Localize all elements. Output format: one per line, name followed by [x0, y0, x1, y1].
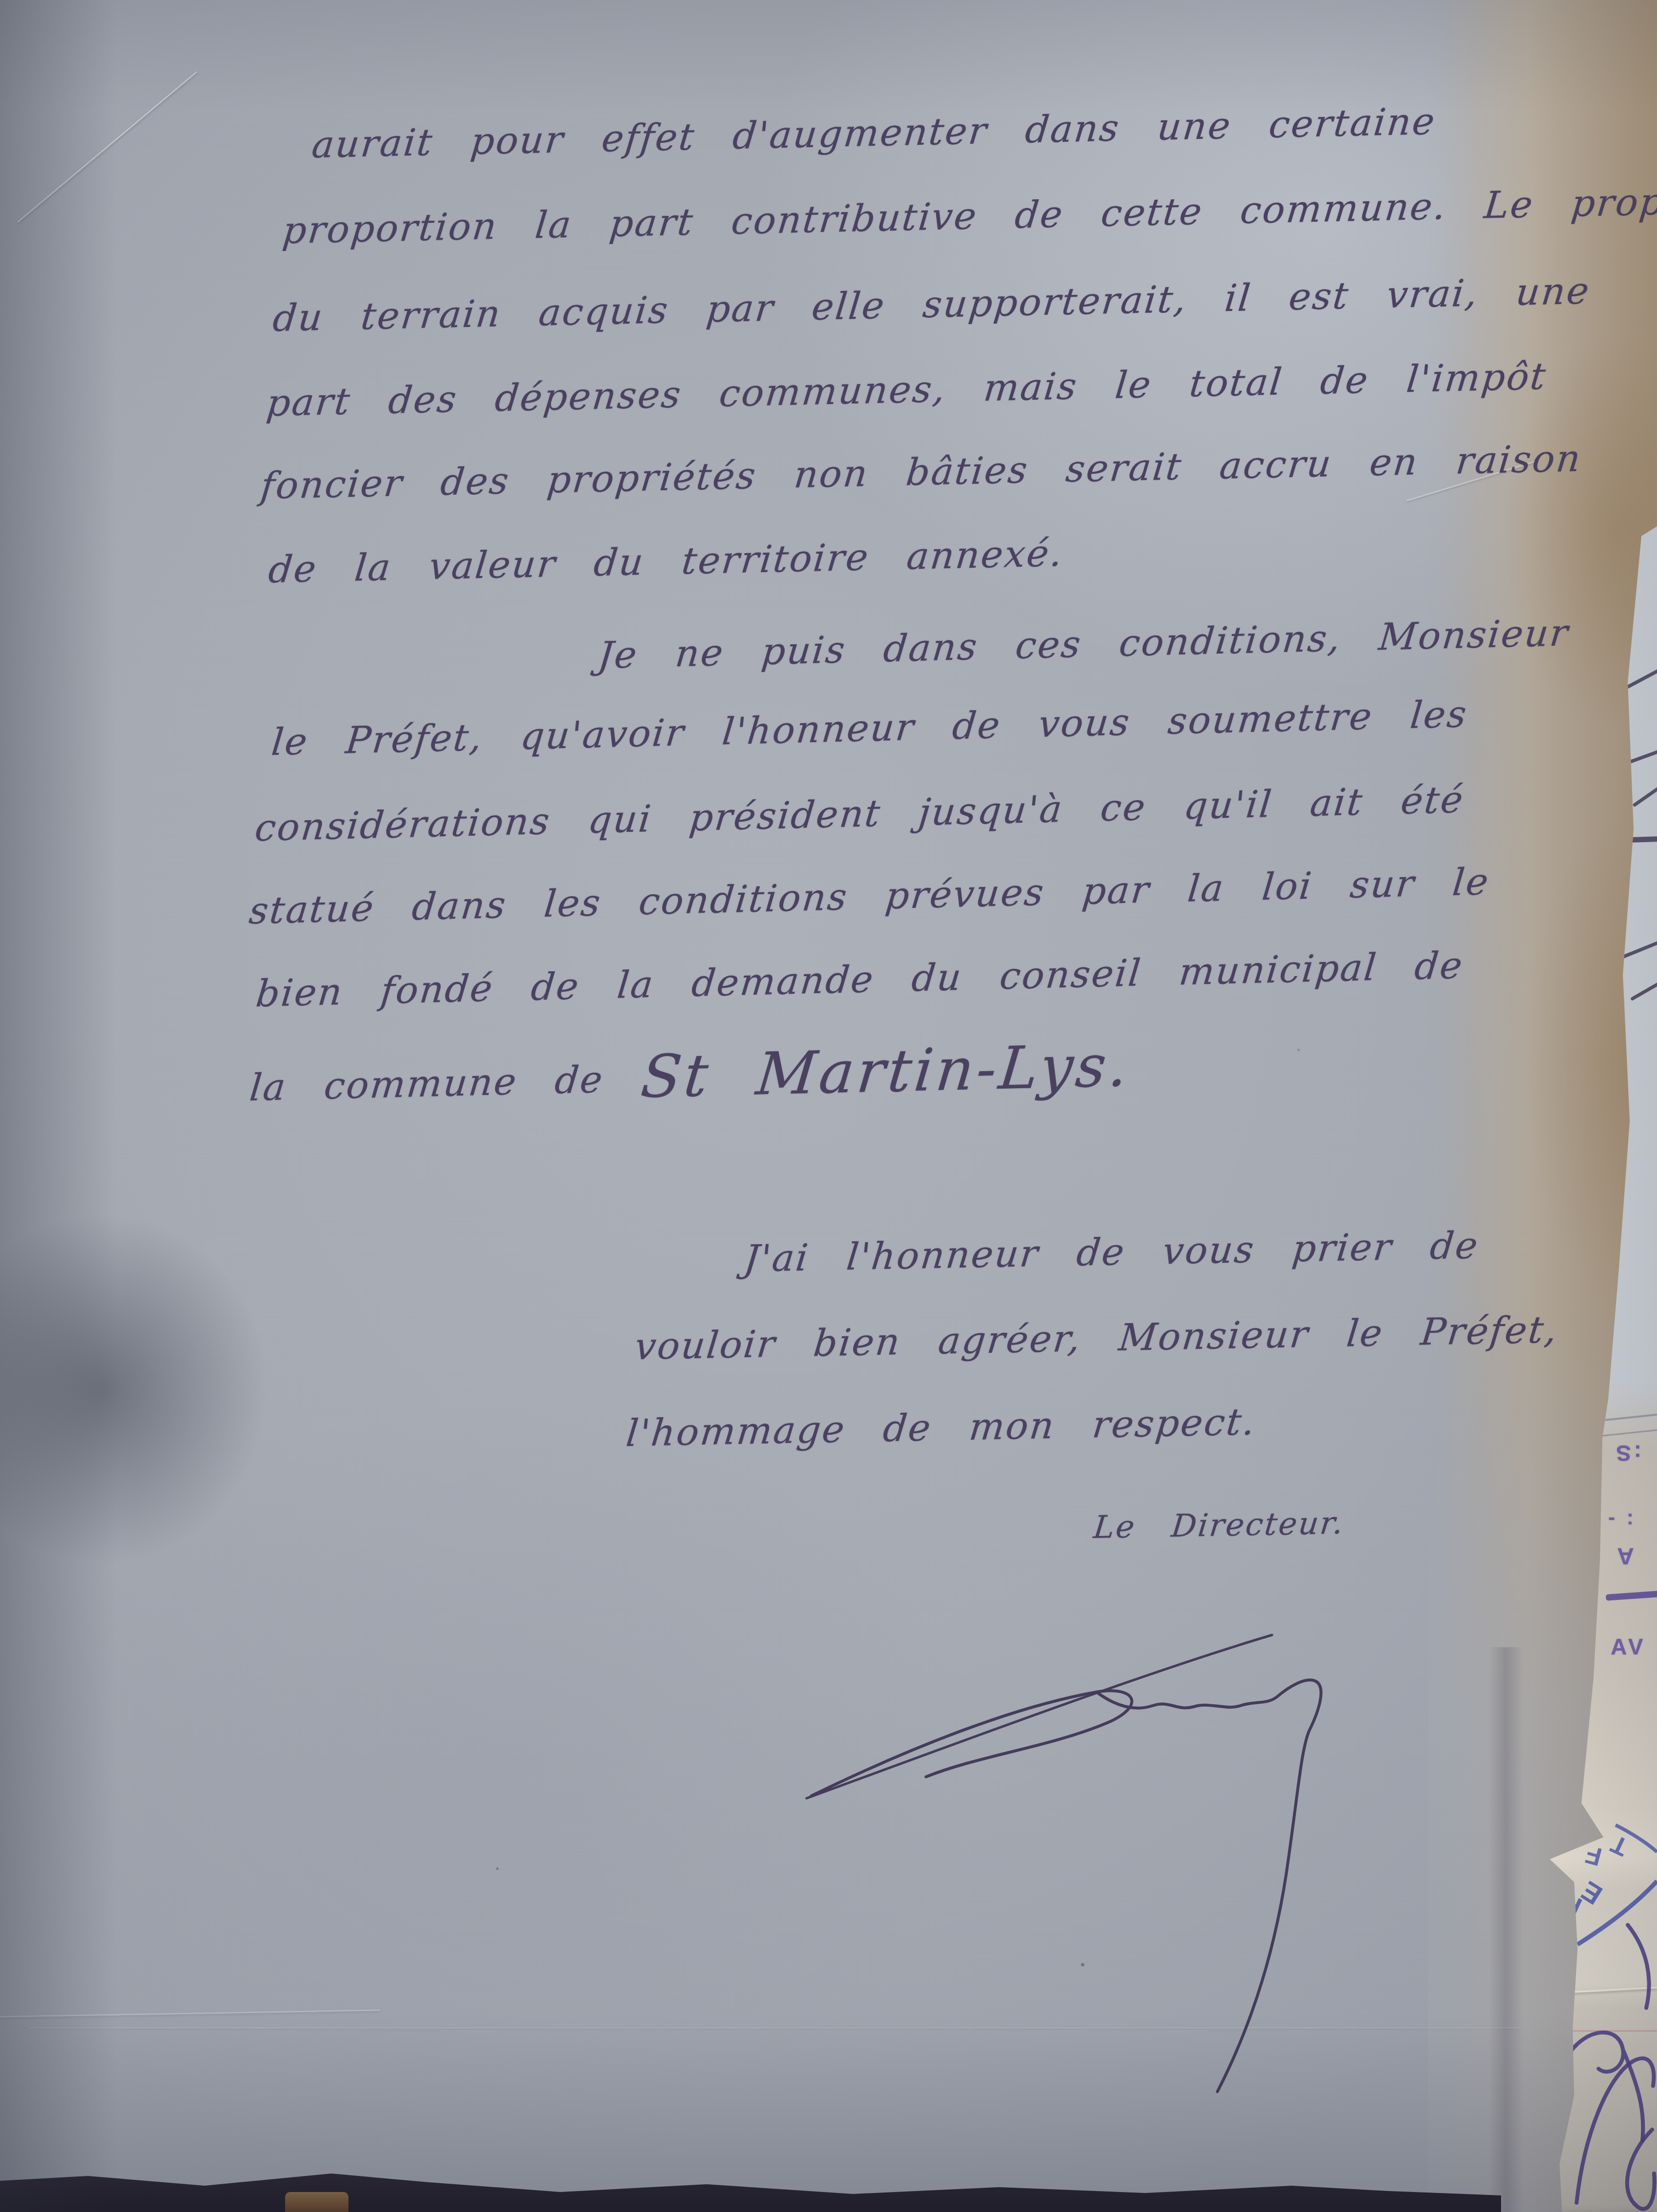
underlay-flourish	[1627, 2130, 1655, 2209]
round-stamp-letter: T	[1607, 1829, 1633, 1862]
underlay-ink-stroke	[1630, 981, 1657, 1001]
brown-object	[285, 2192, 348, 2212]
signature-underline-stroke	[807, 1635, 1272, 1798]
underlay-ink-stroke	[1624, 669, 1657, 690]
underlay-flourish	[1628, 1925, 1649, 2008]
paper-speck	[1297, 1049, 1300, 1051]
underlay-ink-stroke	[1632, 785, 1657, 808]
signature-name-scrawl	[1097, 1680, 1321, 2092]
vertical-fold-shadow	[1489, 1647, 1523, 2212]
commune-prefix: la commune de	[248, 1058, 606, 1109]
stamp-bar	[1606, 1591, 1657, 1601]
photo-scene: aurait pour effet d'augmenter dans une c…	[0, 0, 1657, 2212]
paper-speck	[496, 1867, 499, 1870]
stamp-fragment: :S	[1613, 1440, 1641, 1466]
round-stamp-letter: F	[1582, 1840, 1605, 1871]
stamp-fragment: A	[1614, 1542, 1634, 1569]
commune-name: St Martin-Lys.	[638, 1032, 1134, 1111]
stamp-fragment: - :	[1608, 1506, 1637, 1529]
left-shadow-blob	[0, 1145, 331, 1633]
stamp-fragment: AV	[1611, 1634, 1646, 1660]
underlay-flourish	[1562, 2032, 1643, 2140]
signoff-line: Le Directeur.	[1092, 1505, 1346, 1546]
director-signature	[707, 1584, 1365, 2120]
